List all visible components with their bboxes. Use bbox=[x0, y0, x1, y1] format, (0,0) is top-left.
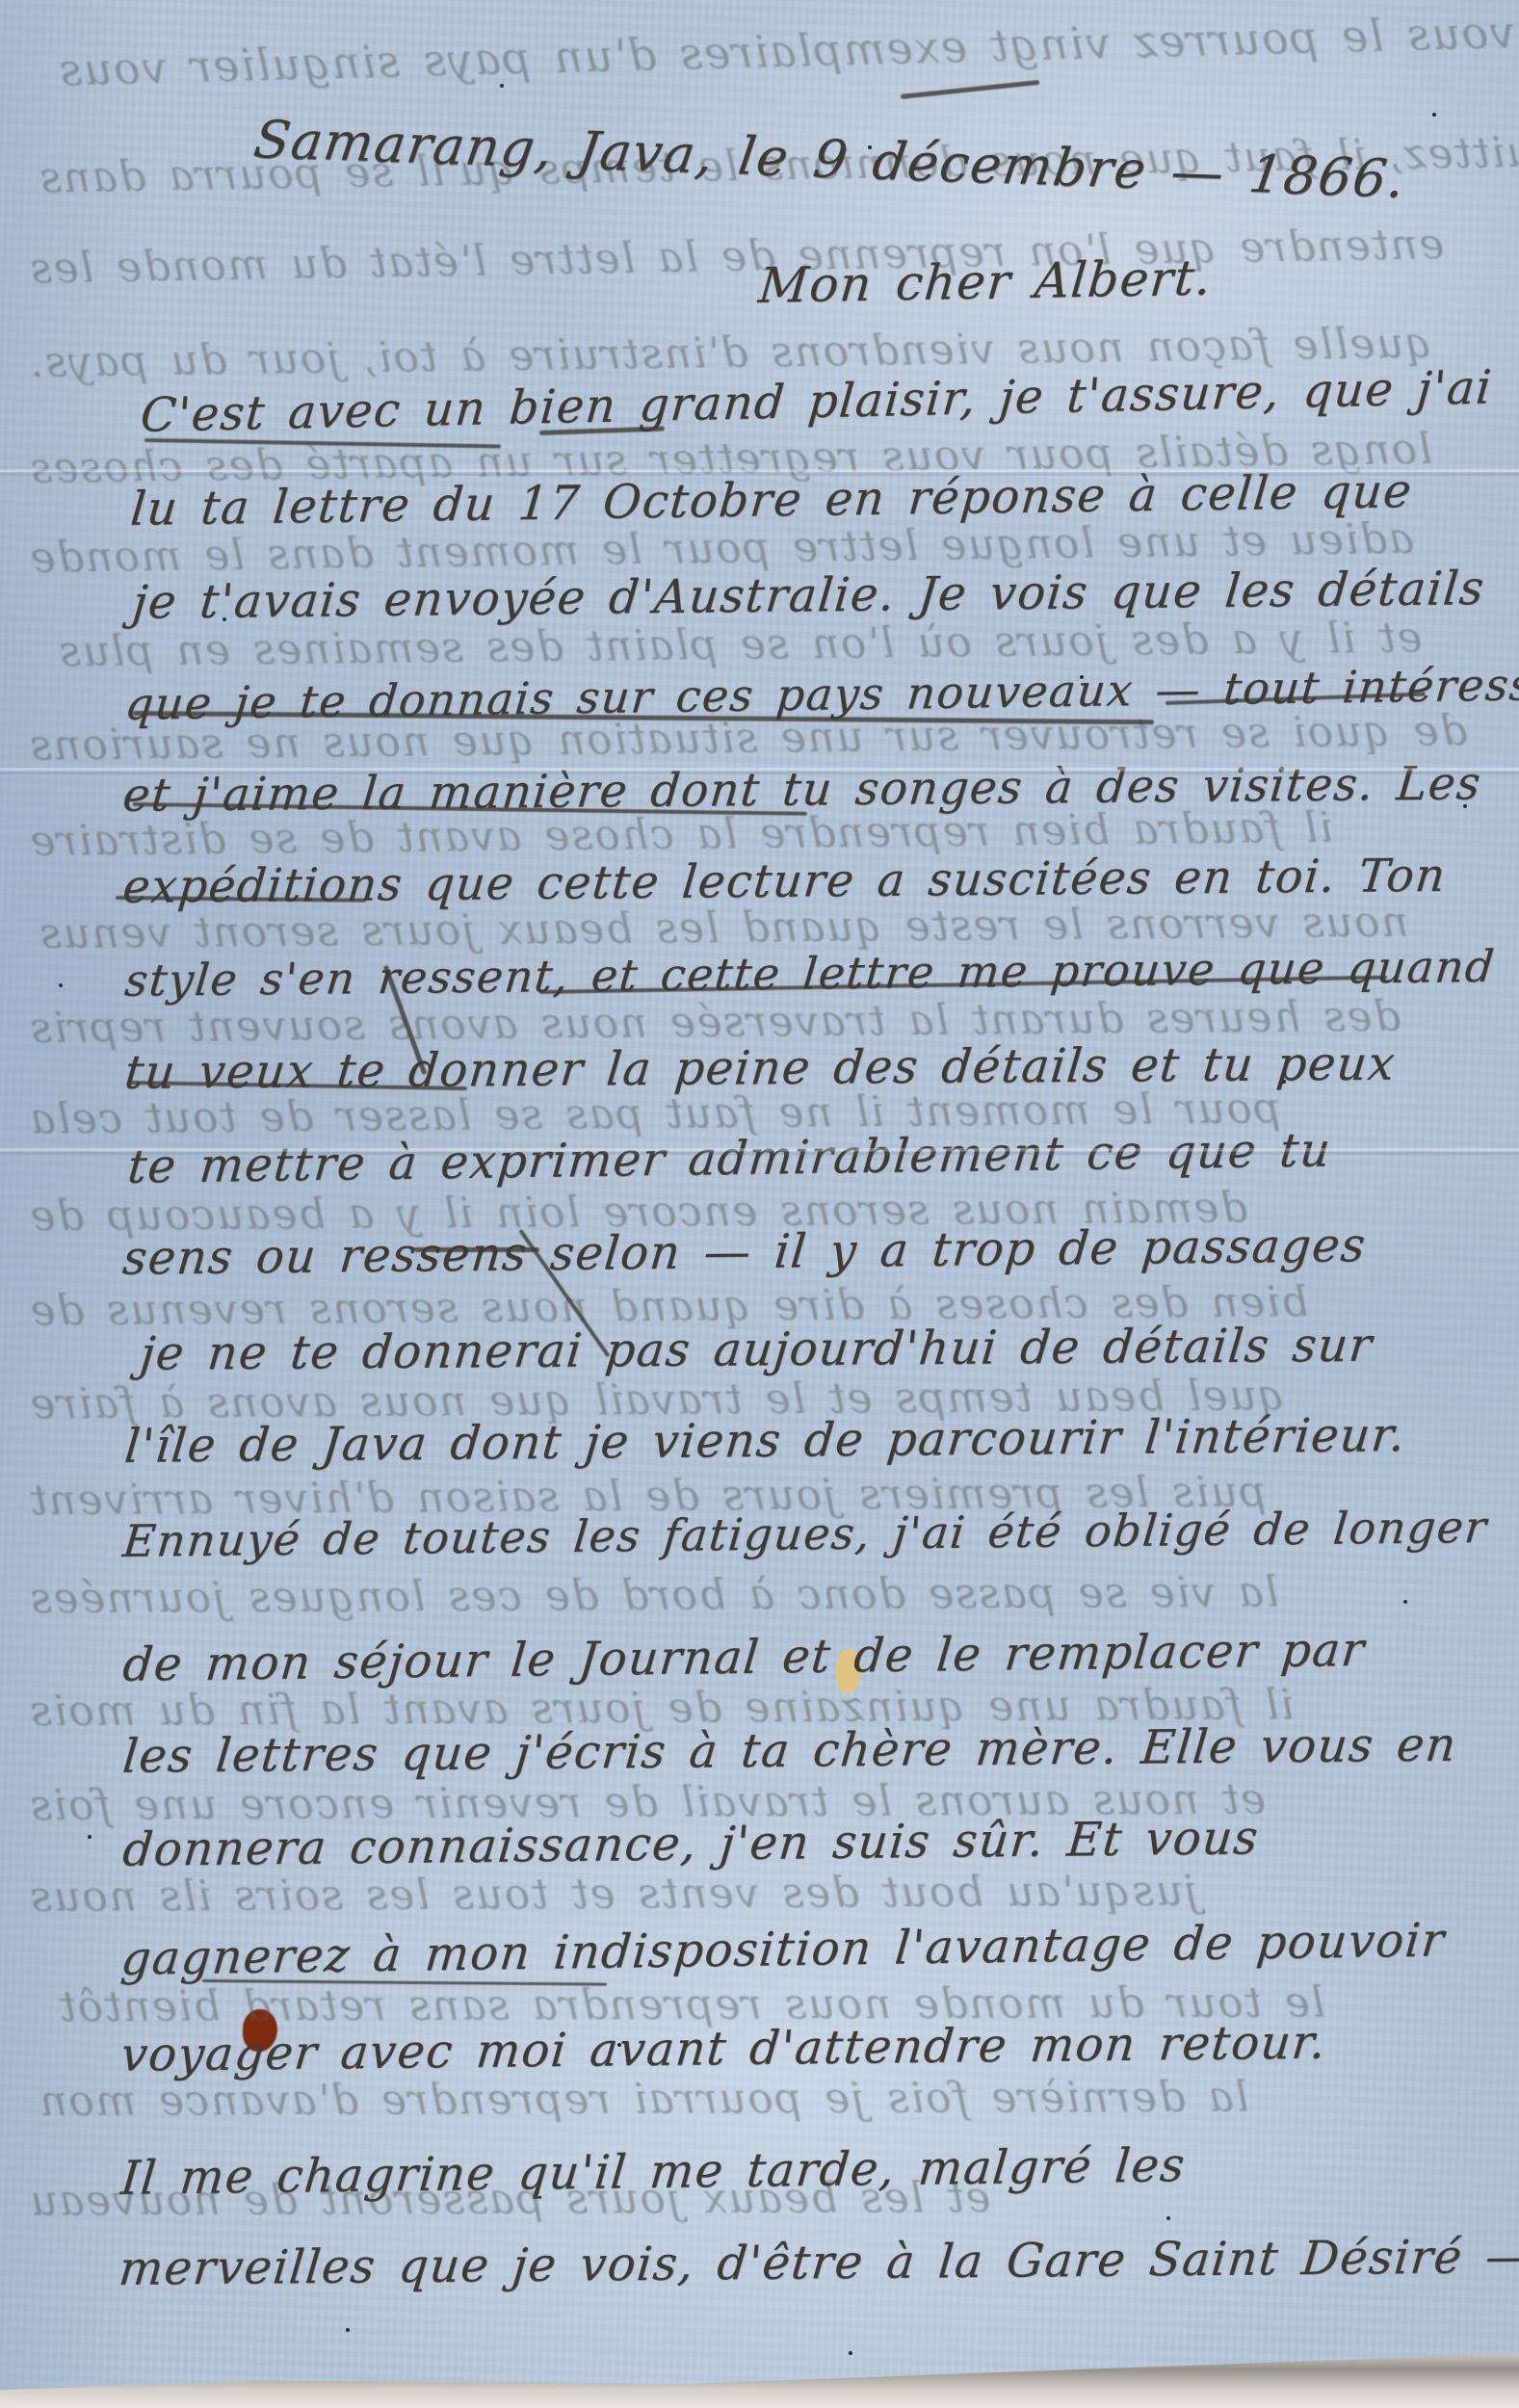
letter-line: style s'en ressent, et cette lettre me p… bbox=[123, 944, 1498, 1003]
bleedthrough-line: jusqu'au bout des vents et tous les soir… bbox=[29, 1871, 1198, 1919]
letter-line: sens ou ressens selon — il y a trop de p… bbox=[120, 1222, 1368, 1282]
bleedthrough-line: vous le pourrez vingt exemplaires d'un p… bbox=[58, 10, 1515, 92]
letter-line: je ne te donnerai pas aujourd'hui de dét… bbox=[138, 1322, 1375, 1377]
letter-line: tu veux te donner la peine des détails e… bbox=[122, 1041, 1398, 1096]
salutation: Mon cher Albert. bbox=[757, 254, 1215, 310]
letter-line: donnera connaissance, j'en suis sûr. Et … bbox=[120, 1816, 1261, 1873]
letter-line: voyager avec moi avant d'attendre mon re… bbox=[118, 2020, 1328, 2079]
letter-line: gagnerez à mon indisposition l'avantage … bbox=[119, 1918, 1448, 1982]
bleedthrough-line: entendre que l'on reprenne de la lettre … bbox=[29, 223, 1445, 291]
letter-line: de mon séjour le Journal et de le rempla… bbox=[121, 1627, 1368, 1688]
letter-line: Ennuyé de toutes les fatigues, j'ai été … bbox=[121, 1505, 1490, 1563]
bleedthrough-line: la vie se passe donc à bord de ces longu… bbox=[29, 1572, 1279, 1621]
letter-page: vous le pourrez vingt exemplaires d'un p… bbox=[0, 0, 1519, 2408]
letter-line: les lettres que j'écris à ta chère mère.… bbox=[120, 1722, 1458, 1780]
letter-line: l'île de Java dont je viens de parcourir… bbox=[122, 1412, 1407, 1470]
letter-line: et j'aime la manière dont tu songes à de… bbox=[120, 762, 1483, 819]
pen-stroke bbox=[901, 80, 1040, 99]
letter-line: merveilles que je vois, d'être à la Gare… bbox=[117, 2234, 1519, 2292]
pen-stroke bbox=[414, 1247, 539, 1252]
letter-line: je t'avais envoyée d'Australie. Je vois … bbox=[130, 565, 1486, 626]
letter-line: Il me chagrine qu'il me tarde, malgré le… bbox=[119, 2143, 1188, 2203]
letter-scan: vous le pourrez vingt exemplaires d'un p… bbox=[0, 0, 1519, 2408]
ink-specks bbox=[0, 0, 2, 2]
bleedthrough-line: la dernière fois je pourrai reprendre d'… bbox=[39, 2077, 1249, 2123]
